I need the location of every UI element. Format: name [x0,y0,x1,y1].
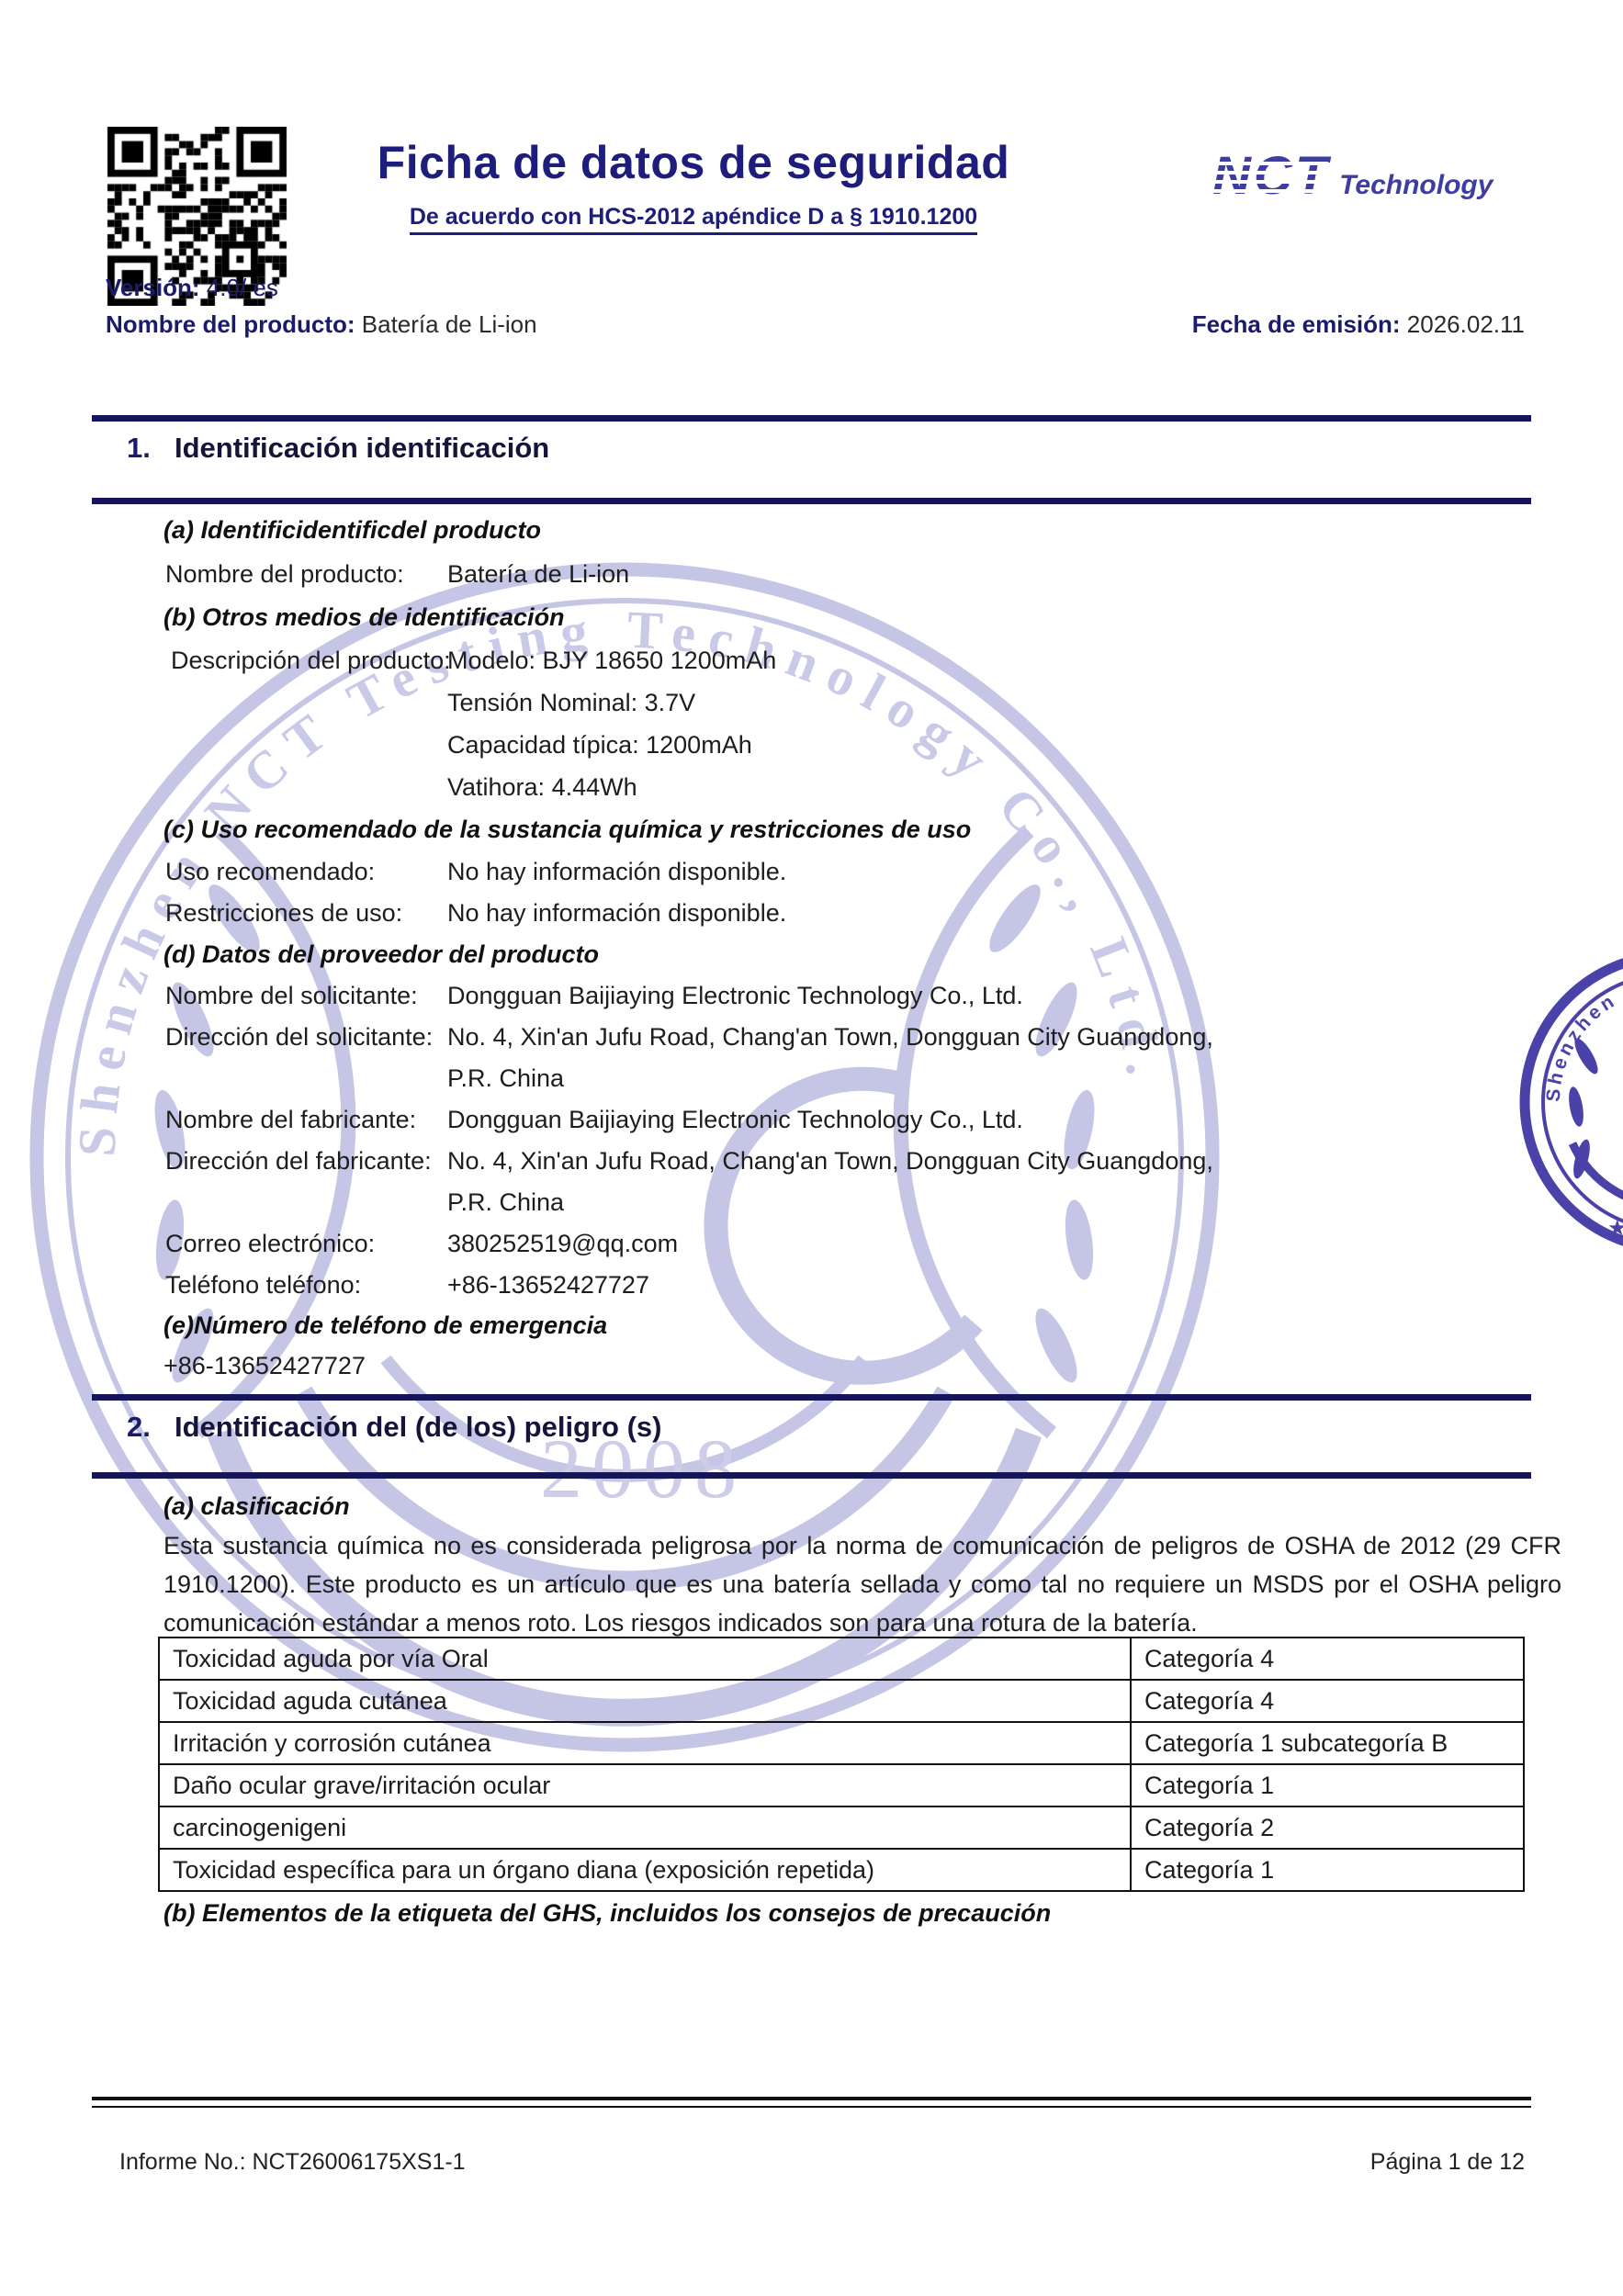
table-row: Toxicidad específica para un órgano dian… [159,1849,1524,1891]
section2-heading: 2.Identificación del (de los) peligro (s… [127,1411,662,1444]
table-row: Toxicidad aguda cutánea Categoría 4 [159,1680,1524,1722]
section1-bottom-rule [92,498,1531,504]
document-title: Ficha de datos de seguridad [312,136,1075,189]
product-name-value: Batería de Li-ion [447,560,629,589]
phone-value: +86-13652427727 [447,1271,649,1300]
report-number: Informe No.: NCT26006175XS1-1 [119,2149,466,2175]
sub-e-emergency-phone: (e)Número de teléfono de emergencia [163,1311,607,1340]
category-cell: Categoría 1 [1131,1849,1524,1891]
typical-capacity-value: Capacidad típica: 1200mAh [447,731,752,760]
sub-b-ghs-label-elements: (b) Elementos de la etiqueta del GHS, in… [163,1899,1051,1928]
hazard-cell: carcinogenigeni [159,1806,1131,1849]
section2-bottom-rule [92,1472,1531,1479]
product-name-label: Nombre del producto: [165,560,404,589]
product-description-label: Descripción del producto: [171,647,451,675]
use-restrictions-label: Restricciones de uso: [165,899,402,928]
table-row: Daño ocular grave/irritación ocular Cate… [159,1764,1524,1806]
hazard-cell: Irritación y corrosión cutánea [159,1722,1131,1764]
sub-c-recommended-use: (c) Uso recomendado de la sustancia quím… [163,816,971,844]
phone-label: Teléfono teléfono: [165,1271,361,1300]
category-cell: Categoría 1 [1131,1764,1524,1806]
sub-b-other-identification: (b) Otros medios de identificación [163,603,565,632]
email-label: Correo electrónico: [165,1230,375,1258]
applicant-address-value: No. 4, Xin'an Jufu Road, Chang'an Town, … [447,1023,1213,1052]
product-name-line: Nombre del producto: Batería de Li-ion [106,310,537,339]
category-cell: Categoría 4 [1131,1680,1524,1722]
watt-hour-value: Vatihora: 4.44Wh [447,773,637,802]
recommended-use-value: No hay información disponible. [447,858,786,886]
hazard-cell: Toxicidad aguda por vía Oral [159,1638,1131,1680]
page-indicator: Página 1 de 12 [1370,2149,1525,2176]
section1-heading: 1.Identificación identificación [127,432,549,465]
nct-technology-logo: NCTTechnology [1212,145,1525,207]
nominal-voltage-value: Tensión Nominal: 3.7V [447,689,695,717]
section1-top-rule [92,415,1531,422]
manufacturer-name-label: Nombre del fabricante: [165,1106,416,1134]
sub-a-classification: (a) clasificación [163,1492,350,1521]
logo-technology-text: Technology [1339,170,1493,200]
manufacturer-address-label: Dirección del fabricante: [165,1147,432,1176]
issue-date-line: Fecha de emisión: 2026.02.11 [1065,310,1525,339]
recommended-use-label: Uso recomendado: [165,858,375,886]
logo-nct-text: NCT [1212,145,1330,207]
table-row: carcinogenigeni Categoría 2 [159,1806,1524,1849]
manufacturer-address-value2: P.R. China [447,1188,564,1217]
version-line: Versión: 4.0/ es [106,274,278,302]
manufacturer-address-value: No. 4, Xin'an Jufu Road, Chang'an Town, … [447,1147,1213,1176]
manufacturer-name-value: Dongguan Baijiaying Electronic Technolog… [447,1106,1023,1134]
category-cell: Categoría 4 [1131,1638,1524,1680]
hazard-cell: Toxicidad aguda cutánea [159,1680,1131,1722]
sds-page: Shenzhen NCT Testing Technology Co., Ltd… [0,0,1623,2296]
emergency-phone-value: +86-13652427727 [163,1352,366,1380]
section2-top-rule [92,1394,1531,1401]
email-value: 380252519@qq.com [447,1230,678,1258]
classification-paragraph: Esta sustancia química no es considerada… [163,1526,1561,1642]
sub-a-product-identifier: (a) Identificidentificdel producto [163,516,541,545]
category-cell: Categoría 2 [1131,1806,1524,1849]
hazard-classification-table: Toxicidad aguda por vía Oral Categoría 4… [158,1637,1525,1892]
category-cell: Categoría 1 subcategoría B [1131,1722,1524,1764]
hazard-cell: Toxicidad específica para un órgano dian… [159,1849,1131,1891]
document-subtitle: De acuerdo con HCS-2012 apéndice D a § 1… [312,204,1075,231]
product-model-value: Modelo: BJY 18650 1200mAh [447,647,776,675]
applicant-name-label: Nombre del solicitante: [165,982,418,1010]
table-row: Irritación y corrosión cutánea Categoría… [159,1722,1524,1764]
applicant-address-value2: P.R. China [447,1064,564,1093]
footer: Informe No.: NCT26006175XS1-1 Página 1 d… [92,2149,1525,2176]
table-row: Toxicidad aguda por vía Oral Categoría 4 [159,1638,1524,1680]
applicant-name-value: Dongguan Baijiaying Electronic Technolog… [447,982,1023,1010]
side-stamp-star-icon: ★ [1607,1216,1623,1241]
applicant-address-label: Dirección del solicitante: [165,1023,433,1052]
sub-d-supplier-data: (d) Datos del proveedor del producto [163,940,599,969]
use-restrictions-value: No hay información disponible. [447,899,786,928]
hazard-cell: Daño ocular grave/irritación ocular [159,1764,1131,1806]
footer-divider [92,2097,1531,2108]
